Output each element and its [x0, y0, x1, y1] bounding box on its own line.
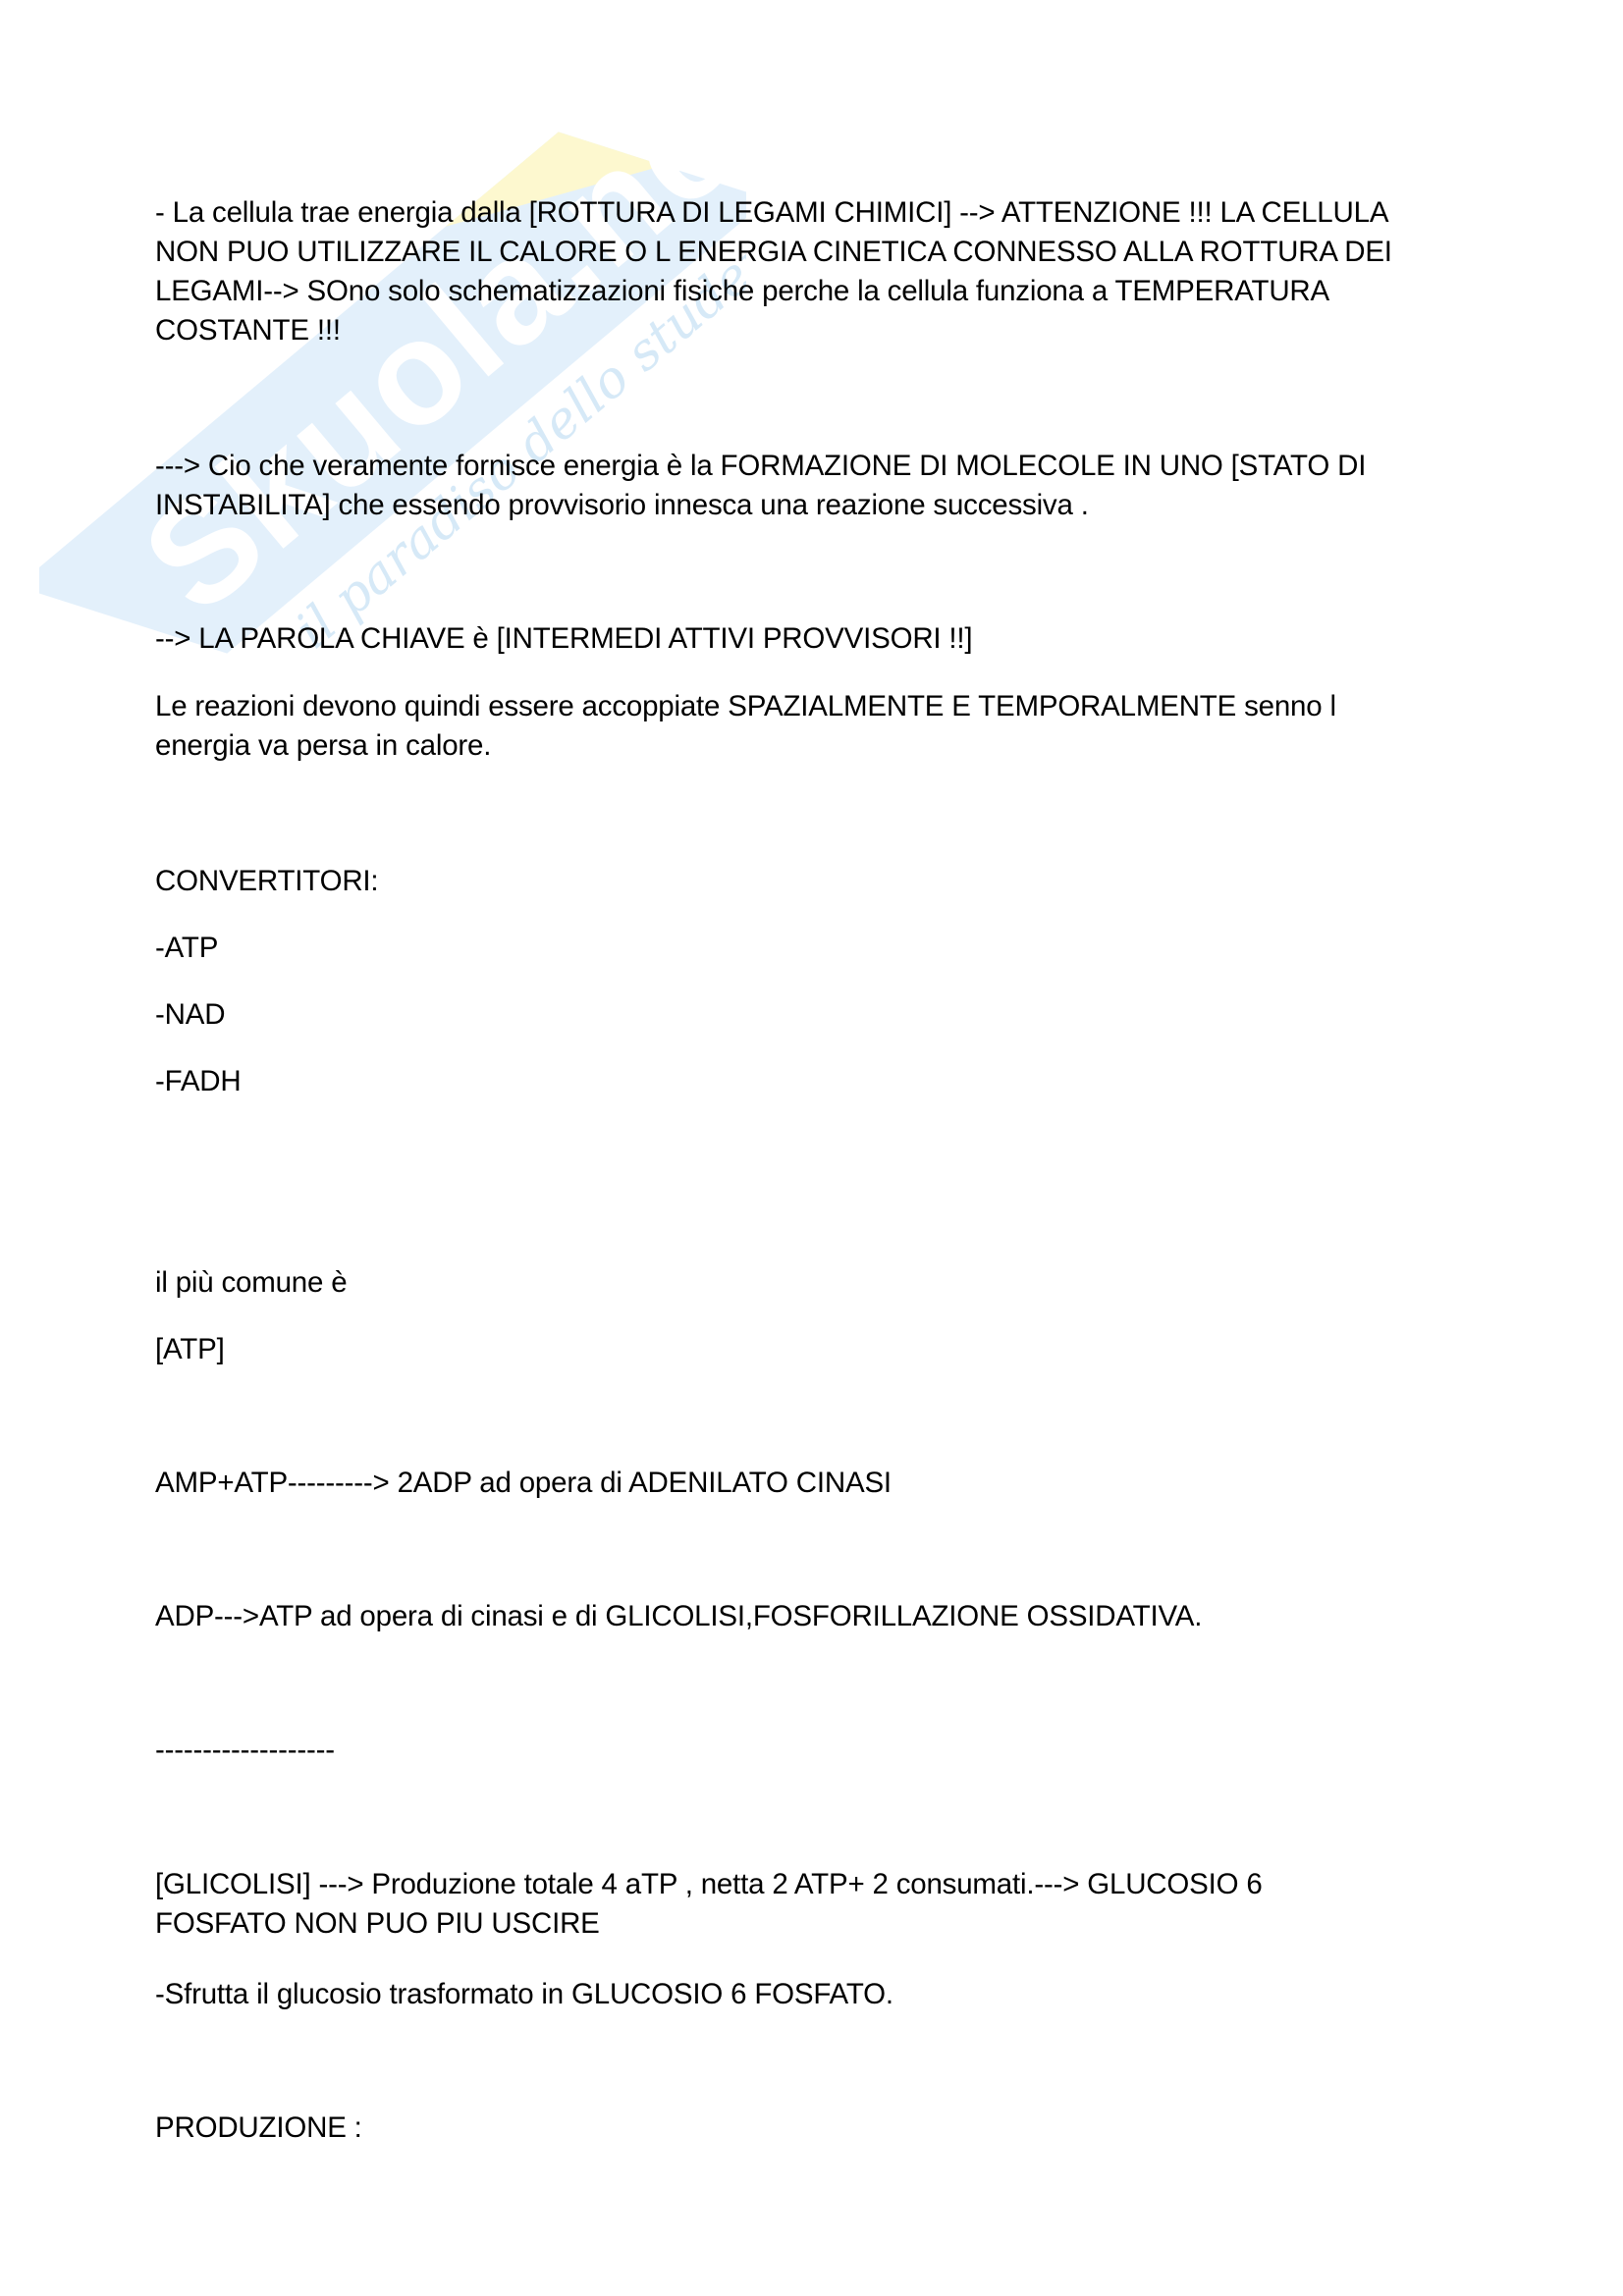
- document-page: Skuola.net il paradiso dello studente - …: [0, 0, 1623, 2296]
- watermark-brand: Skuola.net: [113, 59, 746, 644]
- paragraph-1-line-2: NON PUO UTILIZZARE IL CALORE O L ENERGIA…: [155, 233, 1392, 272]
- glycolysis-line-2: FOSFATO NON PUO PIU USCIRE: [155, 1904, 600, 1944]
- converter-item-nad: -NAD: [155, 995, 225, 1035]
- most-common-value: [ATP]: [155, 1330, 225, 1369]
- paragraph-2-line-1: ---> Cio che veramente fornisce energia …: [155, 447, 1366, 486]
- adenylate-kinase-reaction: AMP+ATP---------> 2ADP ad opera di ADENI…: [155, 1464, 892, 1503]
- most-common-label: il più comune è: [155, 1263, 347, 1303]
- keyword-line: --> LA PAROLA CHIAVE è [INTERMEDI ATTIVI…: [155, 619, 972, 659]
- separator: -------------------: [155, 1731, 335, 1770]
- glycolysis-line-1: [GLICOLISI] ---> Produzione totale 4 aTP…: [155, 1865, 1263, 1904]
- production-heading: PRODUZIONE :: [155, 2109, 362, 2148]
- paragraph-1-line-4: COSTANTE !!!: [155, 311, 341, 350]
- converter-item-fadh: -FADH: [155, 1062, 242, 1101]
- paragraph-3-line-2: energia va persa in calore.: [155, 726, 491, 766]
- adp-atp-reaction: ADP--->ATP ad opera di cinasi e di GLICO…: [155, 1597, 1202, 1636]
- paragraph-1-line-3: LEGAMI--> SOno solo schematizzazioni fis…: [155, 272, 1329, 311]
- paragraph-2-line-2: INSTABILITA] che essendo provvisorio inn…: [155, 486, 1089, 525]
- paragraph-1-line-1: - La cellula trae energia dalla [ROTTURA…: [155, 193, 1388, 233]
- paragraph-3-line-1: Le reazioni devono quindi essere accoppi…: [155, 687, 1336, 726]
- converters-heading: CONVERTITORI:: [155, 862, 378, 901]
- glycolysis-note: -Sfrutta il glucosio trasformato in GLUC…: [155, 1975, 893, 2014]
- converter-item-atp: -ATP: [155, 929, 218, 968]
